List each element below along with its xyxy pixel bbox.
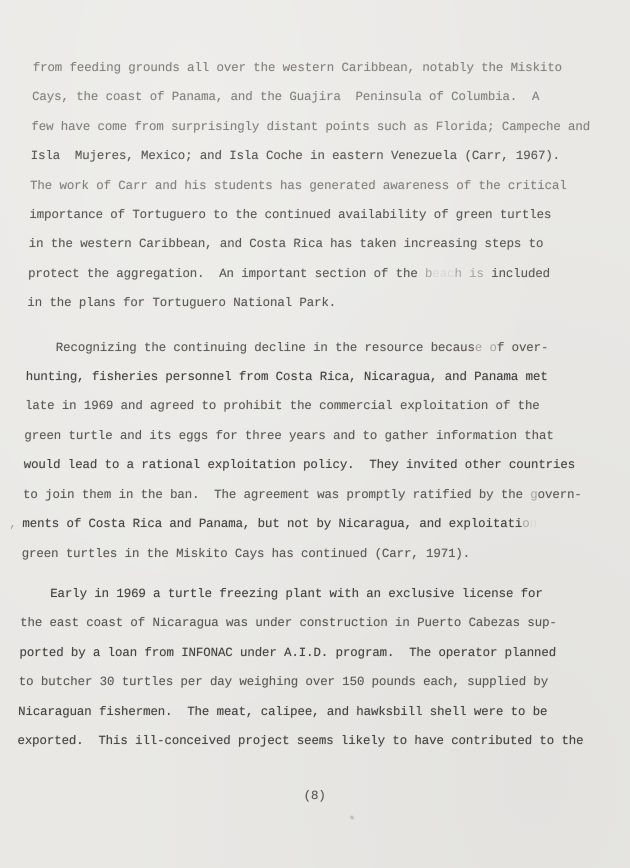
faded-text: eac <box>432 267 454 281</box>
text-line: Cays, the coast of Panama, and the Guaji… <box>32 83 630 112</box>
text-segment: f over- <box>497 341 549 355</box>
text-segment: from feeding grounds all over the wester… <box>33 61 563 75</box>
text-segment: ported by a loan from INFONAC under A.I.… <box>19 646 556 660</box>
faded-text: n <box>529 517 537 531</box>
text-line: to butcher 30 turtles per day weighing o… <box>18 668 616 697</box>
text-segment: green turtle and its eggs for three year… <box>24 429 554 443</box>
text-line: ,ments of Costa Rica and Panama, but not… <box>22 510 620 539</box>
faded-text: h is <box>454 267 484 281</box>
text-segment: to butcher 30 turtles per day weighing o… <box>19 675 549 689</box>
text-line: Early in 1969 a turtle freezing plant wi… <box>20 580 618 609</box>
scan-speck-artifact <box>350 815 355 820</box>
text-line: Nicaraguan fishermen. The meat, calipee,… <box>18 698 616 727</box>
text-line: from feeding grounds all over the wester… <box>32 54 630 83</box>
text-segment: exported. This ill-conceived project see… <box>17 734 583 748</box>
text-segment: importance of Tortuguero to the continue… <box>29 208 551 222</box>
text-segment: protect the aggregation. An important se… <box>28 267 425 281</box>
text-segment: Isla Mujeres, Mexico; and Isla Coche in … <box>31 149 561 163</box>
page-text: from feeding grounds all over the wester… <box>16 54 630 812</box>
text-line: The work of Carr and his students has ge… <box>30 172 628 201</box>
text-line: importance of Tortuguero to the continue… <box>29 201 627 230</box>
text-segment: Nicaraguan fishermen. The meat, calipee,… <box>18 705 548 719</box>
text-segment: ments of Costa Rica and Panama, but not … <box>22 517 522 531</box>
text-line: in the plans for Tortuguero National Par… <box>27 289 625 318</box>
text-segment: overn- <box>537 488 581 502</box>
text-segment: included <box>484 267 550 281</box>
text-line: few have come from surprisingly distant … <box>31 113 629 142</box>
text-segment: green turtles in the Miskito Cays has co… <box>22 547 471 561</box>
text-line: protect the aggregation. An important se… <box>28 260 626 289</box>
paragraph: Recognizing the continuing decline in th… <box>21 334 623 569</box>
text-segment: in the plans for Tortuguero National Par… <box>27 296 336 310</box>
text-segment: Recognizing the continuing decline in th… <box>26 341 475 355</box>
text-segment: would lead to a rational exploitation po… <box>24 458 576 472</box>
text-segment: in the western Caribbean, and Costa Rica… <box>29 237 544 251</box>
margin-mark: , <box>9 510 17 539</box>
text-segment: The work of Carr and his students has ge… <box>30 179 567 193</box>
text-line: Recognizing the continuing decline in th… <box>26 334 624 363</box>
text-segment: Early in 1969 a turtle freezing plant wi… <box>21 587 543 601</box>
text-segment: to join them in the ban. The agreement w… <box>23 488 531 502</box>
text-line: would lead to a rational exploitation po… <box>23 451 621 480</box>
text-segment: Cays, the coast of Panama, and the Guaji… <box>32 90 540 104</box>
page-number: (8) <box>16 782 614 811</box>
text-segment: hunting, fisheries personnel from Costa … <box>26 370 548 384</box>
paragraph: Early in 1969 a turtle freezing plant wi… <box>17 580 618 756</box>
text-line: exported. This ill-conceived project see… <box>17 727 615 756</box>
paragraph: from feeding grounds all over the wester… <box>27 54 630 319</box>
text-segment: the east coast of Nicaragua was under co… <box>20 616 557 630</box>
text-segment: late in 1969 and agreed to prohibit the … <box>25 399 540 413</box>
text-line: to join them in the ban. The agreement w… <box>23 481 621 510</box>
text-line: ported by a loan from INFONAC under A.I.… <box>19 639 617 668</box>
text-line: the east coast of Nicaragua was under co… <box>20 609 618 638</box>
scanned-page: from feeding grounds all over the wester… <box>0 0 630 868</box>
text-line: Isla Mujeres, Mexico; and Isla Coche in … <box>30 142 628 171</box>
text-segment: few have come from surprisingly distant … <box>31 120 590 134</box>
text-line: green turtles in the Miskito Cays has co… <box>21 540 619 569</box>
text-line: green turtle and its eggs for three year… <box>24 422 622 451</box>
text-line: hunting, fisheries personnel from Costa … <box>25 363 623 392</box>
text-line: late in 1969 and agreed to prohibit the … <box>25 392 623 421</box>
text-line: in the western Caribbean, and Costa Rica… <box>28 230 626 259</box>
